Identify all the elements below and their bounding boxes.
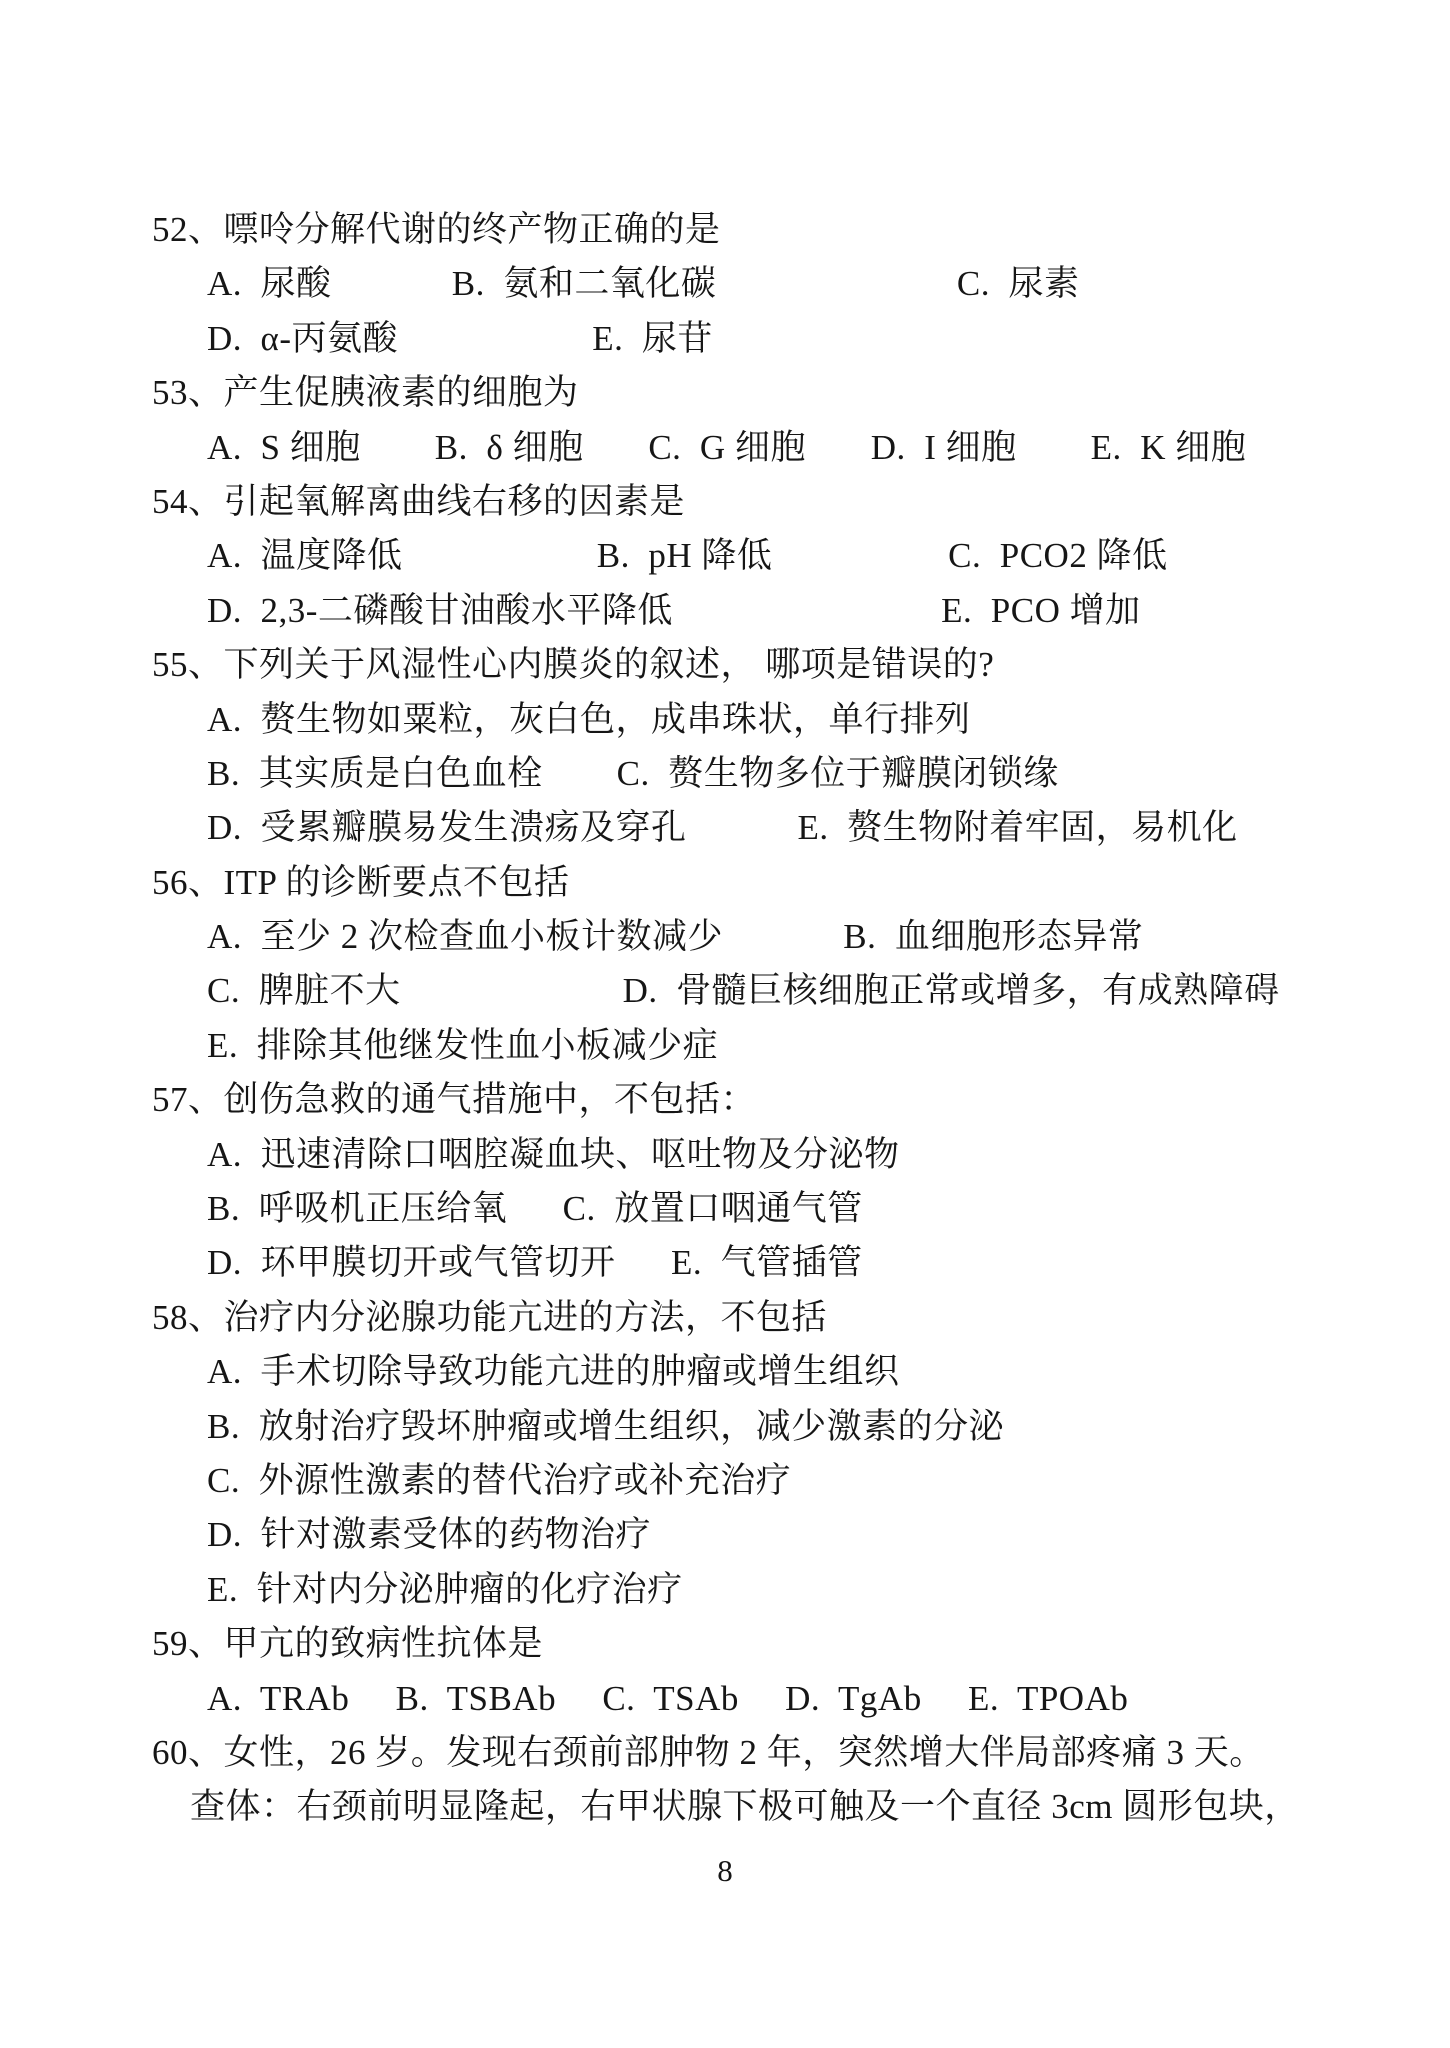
- question-number: 52、: [152, 210, 224, 249]
- question-number: 58、: [152, 1298, 224, 1337]
- question-stem-text: 治疗内分泌腺功能亢进的方法，不包括: [224, 1298, 828, 1337]
- exam-page: 52、嘌呤分解代谢的终产物正确的是A. 尿酸 B. 氨和二氧化碳 C. 尿素D.…: [0, 203, 1450, 1835]
- question-number: 57、: [152, 1080, 224, 1119]
- question-number: 56、: [152, 863, 224, 902]
- option-line: E. 排除其他继发性血小板减少症: [0, 1019, 1450, 1073]
- question-stem: 58、治疗内分泌腺功能亢进的方法，不包括: [0, 1291, 1450, 1345]
- option-line: D. 受累瓣膜易发生溃疡及穿孔 E. 赘生物附着牢固，易机化: [0, 801, 1450, 855]
- option-line: C. 外源性激素的替代治疗或补充治疗: [0, 1454, 1450, 1508]
- question-number: 53、: [152, 373, 224, 412]
- option-line: D. 2,3-二磷酸甘油酸水平降低 E. PCO 增加: [0, 584, 1450, 638]
- question-number: 55、: [152, 645, 224, 684]
- option-line: C. 脾脏不大 D. 骨髓巨核细胞正常或增多，有成熟障碍: [0, 964, 1450, 1018]
- option-line: D. 环甲膜切开或气管切开 E. 气管插管: [0, 1236, 1450, 1290]
- question-stem-text: 嘌呤分解代谢的终产物正确的是: [224, 210, 721, 249]
- continuation-line: 查体：右颈前明显隆起，右甲状腺下极可触及一个直径 3cm 圆形包块，: [0, 1780, 1450, 1834]
- option-line: D. 针对激素受体的药物治疗: [0, 1508, 1450, 1562]
- option-line: B. 呼吸机正压给氧 C. 放置口咽通气管: [0, 1182, 1450, 1236]
- question-stem: 53、产生促胰液素的细胞为: [0, 366, 1450, 420]
- question-stem-text: ITP 的诊断要点不包括: [224, 863, 570, 902]
- option-line: E. 针对内分泌肿瘤的化疗治疗: [0, 1563, 1450, 1617]
- option-line: B. 放射治疗毁坏肿瘤或增生组织，减少激素的分泌: [0, 1400, 1450, 1454]
- question-stem: 57、创伤急救的通气措施中，不包括：: [0, 1073, 1450, 1127]
- option-line: A. 迅速清除口咽腔凝血块、呕吐物及分泌物: [0, 1128, 1450, 1182]
- question-stem: 55、下列关于风湿性心内膜炎的叙述， 哪项是错误的?: [0, 638, 1450, 692]
- question-number: 59、: [152, 1624, 224, 1663]
- option-line: A. 至少 2 次检查血小板计数减少 B. 血细胞形态异常: [0, 910, 1450, 964]
- option-line: A. 手术切除导致功能亢进的肿瘤或增生组织: [0, 1345, 1450, 1399]
- question-stem: 56、ITP 的诊断要点不包括: [0, 856, 1450, 910]
- option-line: A. S 细胞 B. δ 细胞 C. G 细胞 D. I 细胞 E. K 细胞: [0, 421, 1450, 475]
- question-stem: 59、甲亢的致病性抗体是: [0, 1617, 1450, 1671]
- question-stem: 52、嘌呤分解代谢的终产物正确的是: [0, 203, 1450, 257]
- option-line: A. 尿酸 B. 氨和二氧化碳 C. 尿素: [0, 257, 1450, 311]
- option-line: A. 温度降低 B. pH 降低 C. PCO2 降低: [0, 529, 1450, 583]
- question-number: 54、: [152, 482, 224, 521]
- question-number: 60、: [152, 1733, 224, 1772]
- option-line: D. α-丙氨酸 E. 尿苷: [0, 312, 1450, 366]
- question-stem-text: 引起氧解离曲线右移的因素是: [224, 482, 686, 521]
- option-line: A. TRAb B. TSBAb C. TSAb D. TgAb E. TPOA…: [0, 1672, 1450, 1726]
- question-stem-text: 创伤急救的通气措施中，不包括：: [224, 1080, 757, 1119]
- option-line: A. 赘生物如粟粒，灰白色，成串珠状，单行排列: [0, 693, 1450, 747]
- option-line: B. 其实质是白色血栓 C. 赘生物多位于瓣膜闭锁缘: [0, 747, 1450, 801]
- question-stem-text: 女性，26 岁。发现右颈前部肿物 2 年，突然增大伴局部疼痛 3 天。: [224, 1733, 1265, 1772]
- question-stem-text: 甲亢的致病性抗体是: [224, 1624, 544, 1663]
- question-stem-text: 下列关于风湿性心内膜炎的叙述， 哪项是错误的?: [224, 645, 995, 684]
- questions: 52、嘌呤分解代谢的终产物正确的是A. 尿酸 B. 氨和二氧化碳 C. 尿素D.…: [0, 203, 1450, 1835]
- question-stem: 60、女性，26 岁。发现右颈前部肿物 2 年，突然增大伴局部疼痛 3 天。: [0, 1726, 1450, 1780]
- question-stem-text: 产生促胰液素的细胞为: [224, 373, 579, 412]
- page-number: 8: [0, 1851, 1450, 1891]
- question-stem: 54、引起氧解离曲线右移的因素是: [0, 475, 1450, 529]
